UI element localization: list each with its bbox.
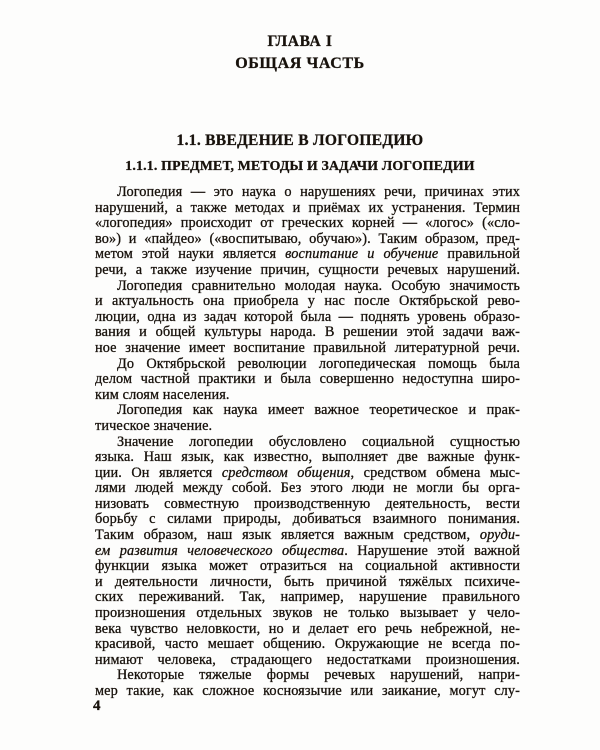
text-line: Таким образом, наш язык является важным … <box>95 528 520 544</box>
text-line: Логопедия — это наука о нарушениях речи,… <box>95 185 520 201</box>
text-line: делом частной практики и была совершенно… <box>95 372 520 388</box>
page-number: 4 <box>93 698 101 714</box>
text-line: ное значение имеет воспитание правильной… <box>95 341 520 357</box>
text-line: речи, а также изучение причин, сущности … <box>95 263 520 279</box>
text-line: ем развития человеческого общества. Нару… <box>95 544 520 560</box>
text-line: языка. Наш язык, как известно, выполняет… <box>95 450 520 466</box>
section-title: 1.1. ВВЕДЕНИЕ В ЛОГОПЕДИЮ <box>0 132 600 149</box>
text-line: До Октябрьской революции логопедическая … <box>95 357 520 373</box>
text-line: Логопедия как наука имеет важное теорети… <box>95 403 520 419</box>
chapter-title: ГЛАВА I <box>0 0 600 52</box>
text-line: нарушений, а также методах и приёмах их … <box>95 201 520 217</box>
text-line: ции. Он является средством общения, сред… <box>95 466 520 482</box>
book-page: ГЛАВА I ОБЩАЯ ЧАСТЬ 1.1. ВВЕДЕНИЕ В ЛОГО… <box>0 0 600 750</box>
text-line: Значение логопедии обусловлено социально… <box>95 435 520 451</box>
text-line: нимают человека, страдающего недостаткам… <box>95 653 520 669</box>
text-line: Логопедия сравнительно молодая наука. Ос… <box>95 279 520 295</box>
chapter-subtitle: ОБЩАЯ ЧАСТЬ <box>0 52 600 75</box>
text-line: люции, одна из задач которой была — подн… <box>95 310 520 326</box>
text-line: тическое значение. <box>95 419 520 435</box>
text-line: лями людей между собой. Без этого люди н… <box>95 481 520 497</box>
text-line: функции языка может отразиться на социал… <box>95 559 520 575</box>
text-line: и актуальность она приобрела у нас после… <box>95 294 520 310</box>
text-line: ских переживаний. Так, например, нарушен… <box>95 590 520 606</box>
text-line: века чувство неловкости, но и делает его… <box>95 622 520 638</box>
text-line: и деятельности личности, быть причиной т… <box>95 575 520 591</box>
text-line: метом этой науки является воспитание и о… <box>95 247 520 263</box>
text-line: низовать совместную производственную дея… <box>95 497 520 513</box>
text-line: «логопедия» происходит от греческих корн… <box>95 216 520 232</box>
text-line: борьбу с силами природы, добиваться взаи… <box>95 512 520 528</box>
text-line: произношения отдельных звуков не только … <box>95 606 520 622</box>
subsection-title: 1.1.1. ПРЕДМЕТ, МЕТОДЫ И ЗАДАЧИ ЛОГОПЕДИ… <box>0 158 600 173</box>
text-line: вания и общей культуры народа. В решении… <box>95 325 520 341</box>
text-line: красивой, часто мешает общению. Окружающ… <box>95 637 520 653</box>
text-line: ким слоям населения. <box>95 388 520 404</box>
text-line: во») и «пайдео» («воспитываю, обучаю»). … <box>95 232 520 248</box>
text-line: мер такие, как сложное косноязычие или з… <box>95 684 520 700</box>
body-text: Логопедия — это наука о нарушениях речи,… <box>95 185 520 700</box>
text-line: Некоторые тяжелые формы речевых нарушени… <box>95 668 520 684</box>
